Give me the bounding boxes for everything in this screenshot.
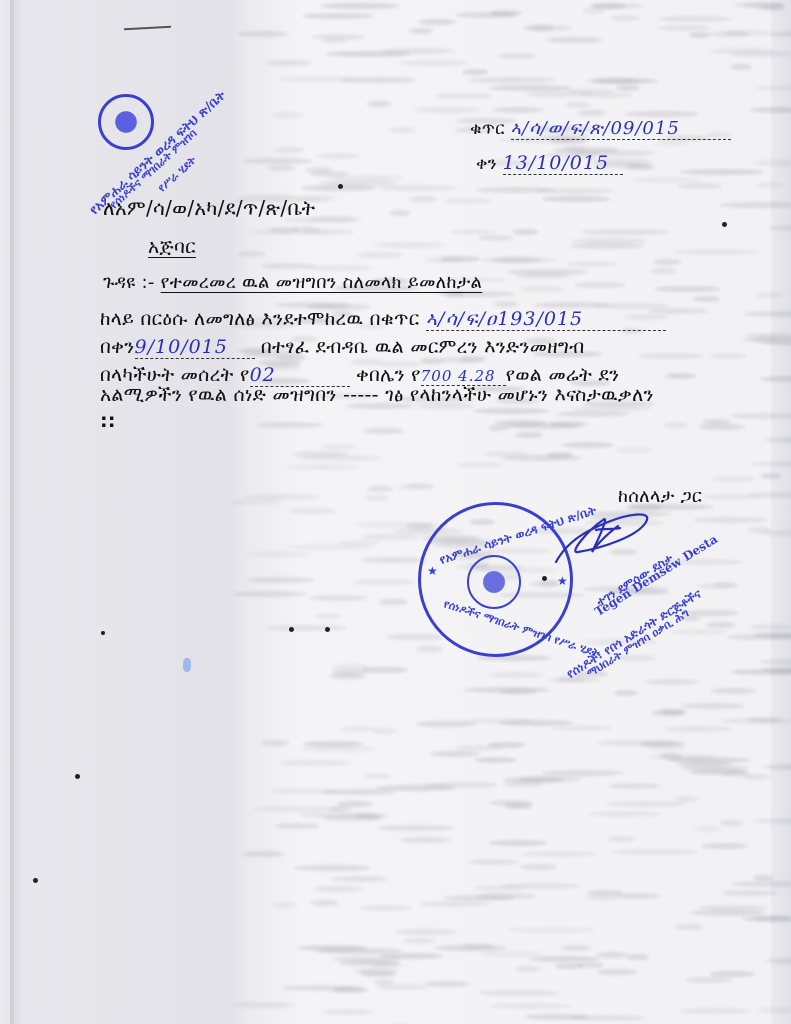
blue-ink-speck xyxy=(183,658,191,672)
seal-star-left-icon: ★ xyxy=(427,564,438,578)
body-line-3-prefix: በላካችሁት መሰረት የ xyxy=(100,364,250,386)
signature xyxy=(548,500,658,570)
scan-dot xyxy=(722,222,727,227)
body-line-4: አልሚዎችን የዉል ሰነድ መዝግበን ----- ገፅ የላከንላችሁ መሆ… xyxy=(100,384,654,406)
seal-emblem-icon xyxy=(467,555,521,609)
reference-number-label: ቁጥር xyxy=(470,119,505,139)
subject-label: ጉዳዩ :- xyxy=(103,272,155,293)
reference-number-value: ኣ/ሳ/ወ/ፍ/ጽ/09/015 xyxy=(511,118,731,140)
reference-number: ቁጥር ኣ/ሳ/ወ/ፍ/ጽ/09/015 xyxy=(470,118,731,140)
scanned-document-page: የአምሐራ ሳይንት ወረዳ ፍትህ ጽ/ቤት የሰነዶችና ማገበራት ምዝገ… xyxy=(0,0,791,1024)
recipient: ለአም/ሳ/ወ/አካ/ደ/ጥ/ጽ/ቤት xyxy=(103,196,315,220)
scan-left-edge xyxy=(10,0,14,1024)
body-line-2: በቀን9/10/015 በተፃፈ ደብዳቤ ዉል መርምረን እንድንመዘግብ xyxy=(100,336,585,359)
body-line-1: ከላይ በርዕሱ ለመግለፅ እንደተሞከረዉ በቁጥር ኣ/ሳ/ፍ/ዐ193/… xyxy=(100,308,666,331)
body-line-3-mid: ቀበሌን የ xyxy=(356,364,421,386)
body-line-1-text: ከላይ በርዕሱ ለመግለፅ እንደተሞከረዉ በቁጥር xyxy=(100,308,420,330)
body-line-4-suffix: ገፅ የላከንላችሁ መሆኑን እናስታዉቃለን xyxy=(385,384,654,406)
recipient-city: አጅባር xyxy=(148,236,196,258)
scan-dot xyxy=(338,184,343,189)
reference-date-label: ቀን xyxy=(476,154,497,174)
scan-artifact-line xyxy=(124,26,171,30)
seal-star-right-icon: ★ xyxy=(557,574,568,588)
subject-text: የተመረመረ ዉል መዝግበን ስለመላክ ይመለከታል xyxy=(161,272,483,293)
scan-dot xyxy=(101,631,105,635)
reference-date-value: 13/10/015 xyxy=(503,152,623,175)
top-stamp-seal-icon xyxy=(98,94,154,150)
scan-dot xyxy=(289,627,294,632)
scan-dot xyxy=(33,878,38,883)
scan-dot xyxy=(325,627,330,632)
end-mark: :: xyxy=(100,410,116,432)
scan-dot xyxy=(542,576,547,581)
body-line-3-suffix: የወል መሬት ደን xyxy=(506,364,620,386)
body-line-4-text: አልሚዎችን የዉል ሰነድ መዝግበን xyxy=(100,384,337,406)
body-line-2-text: በተፃፈ ደብዳቤ ዉል መርምረን እንድንመዘግብ xyxy=(261,336,585,358)
page-count-blank: ----- xyxy=(343,384,379,406)
letter-number-fill: ኣ/ሳ/ፍ/ዐ193/015 xyxy=(426,308,666,331)
scan-dot xyxy=(75,774,80,779)
reference-date: ቀን 13/10/015 xyxy=(476,152,623,175)
letter-date-fill: 9/10/015 xyxy=(135,336,255,359)
subject-line: ጉዳዩ :- የተመረመረ ዉል መዝግበን ስለመላክ ይመለከታል xyxy=(103,272,482,293)
body-line-2-prefix: በቀን xyxy=(100,336,135,358)
